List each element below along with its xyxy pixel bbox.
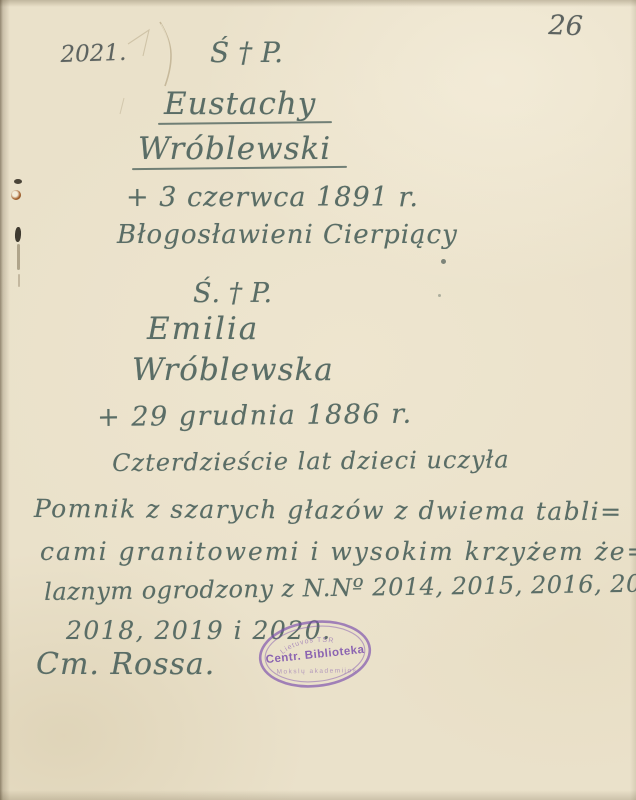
entry-1-first-name: Eustachy xyxy=(164,86,316,122)
entry-1-epitaph: Błogosławieni Cierpiący xyxy=(117,220,458,250)
entry-2-first-name: Emilia xyxy=(147,311,259,347)
description-line-3: laznym ogrodzony z N.Nº 2014, 2015, 2016… xyxy=(44,569,636,606)
ink-speck xyxy=(438,294,441,297)
stamp-bottom-text: Mokslų akademijos xyxy=(277,667,358,675)
entry-2-death-date: + 29 grudnia 1886 r. xyxy=(97,399,413,433)
plot-number: 2021. xyxy=(60,40,127,68)
entry-1-last-name: Wróblewski xyxy=(138,131,331,167)
ink-speck xyxy=(441,259,446,264)
entry-2-epitaph: Czterdzieście lat dzieci uczyła xyxy=(112,446,510,477)
paper-hole xyxy=(11,190,21,200)
entry-2-last-name: Wróblewska xyxy=(132,352,334,388)
library-stamp: Lietuvos TSR Centr. Biblioteka Mokslų ak… xyxy=(253,612,378,696)
paper-damage-tail xyxy=(17,244,20,270)
description-line-1: Pomnik z szarych głazów z dwiema tabli= xyxy=(34,494,623,526)
cemetery-name: Cm. Rossa. xyxy=(36,647,215,682)
entry-1-death-date: + 3 czerwca 1891 r. xyxy=(126,182,419,213)
paper-damage-mark xyxy=(15,227,22,242)
page-number: 26 xyxy=(548,10,583,42)
entry-2-header: Ś. † P. xyxy=(193,278,272,309)
paper-speck xyxy=(14,179,22,184)
manuscript-page: 2021. 26 Ś † P. Eustachy Wróblewski + 3 … xyxy=(0,0,636,800)
entry-1-header: Ś † P. xyxy=(210,36,283,69)
description-line-2: cami granitowemi i wysokim krzyżem że= xyxy=(40,537,636,566)
paper-damage-tail xyxy=(18,274,20,287)
stamp-center-text: Centr. Biblioteka xyxy=(265,644,365,666)
